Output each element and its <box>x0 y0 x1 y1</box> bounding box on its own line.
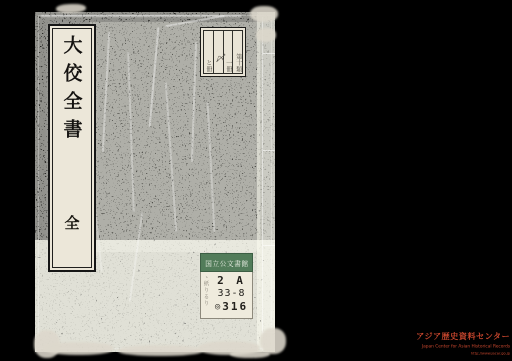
call-number-body: ゝ紙りるり 2 A 33-8 ◎ 316 <box>200 272 253 319</box>
call-number-line1: 2 A <box>213 274 250 287</box>
page-edge <box>250 6 278 22</box>
page-edge <box>44 342 114 355</box>
call-number-line3: 316 <box>222 300 248 313</box>
jacar-watermark-title: アジア歴史資料センター <box>342 329 510 341</box>
book-title-vertical: 大佼全書 <box>59 35 86 147</box>
handwritten-side-marks: ゝ紙りるり <box>202 274 210 307</box>
archives-org-header: 国立公文書館 <box>200 253 253 272</box>
book-cover: 大佼全書 全 と冊 〆 一冊 第十類 国立 <box>35 12 275 352</box>
jacar-watermark: アジア歴史資料センター Japan Center for Asian Histo… <box>305 328 510 359</box>
classification-column: 第十類 <box>233 31 242 73</box>
handwritten-note: 一冊 <box>223 60 232 72</box>
classification-slip-grid: と冊 〆 一冊 第十類 <box>203 30 243 74</box>
jacar-watermark-subtitle: Japan Center for Asian Historical Record… <box>422 344 510 349</box>
jacar-watermark-url: http://www.jacar.go.jp <box>436 352 510 356</box>
handwritten-note: 第十類 <box>233 53 242 72</box>
scanned-image-stage: 大佼全書 全 と冊 〆 一冊 第十類 国立 <box>0 0 512 361</box>
call-number-line2: 33-8 <box>213 288 250 299</box>
page-edge <box>230 350 270 358</box>
classification-column: 〆 <box>214 31 224 73</box>
page-edge <box>256 28 276 42</box>
classification-slip: と冊 〆 一冊 第十類 <box>200 27 246 77</box>
archives-call-number-label: 国立公文書館 ゝ紙りるり 2 A 33-8 ◎ 316 <box>200 253 253 319</box>
archives-org-name: 国立公文書館 <box>205 258 249 268</box>
call-number: 2 A 33-8 ◎ 316 <box>213 274 250 313</box>
circle-stamp-mark: ◎ <box>215 302 220 312</box>
volume-indicator: 全 <box>64 212 79 233</box>
classification-column: 一冊 <box>224 31 234 73</box>
title-slip: 大佼全書 全 <box>48 24 96 272</box>
binding-spine <box>262 17 275 351</box>
page-edge <box>118 345 203 356</box>
